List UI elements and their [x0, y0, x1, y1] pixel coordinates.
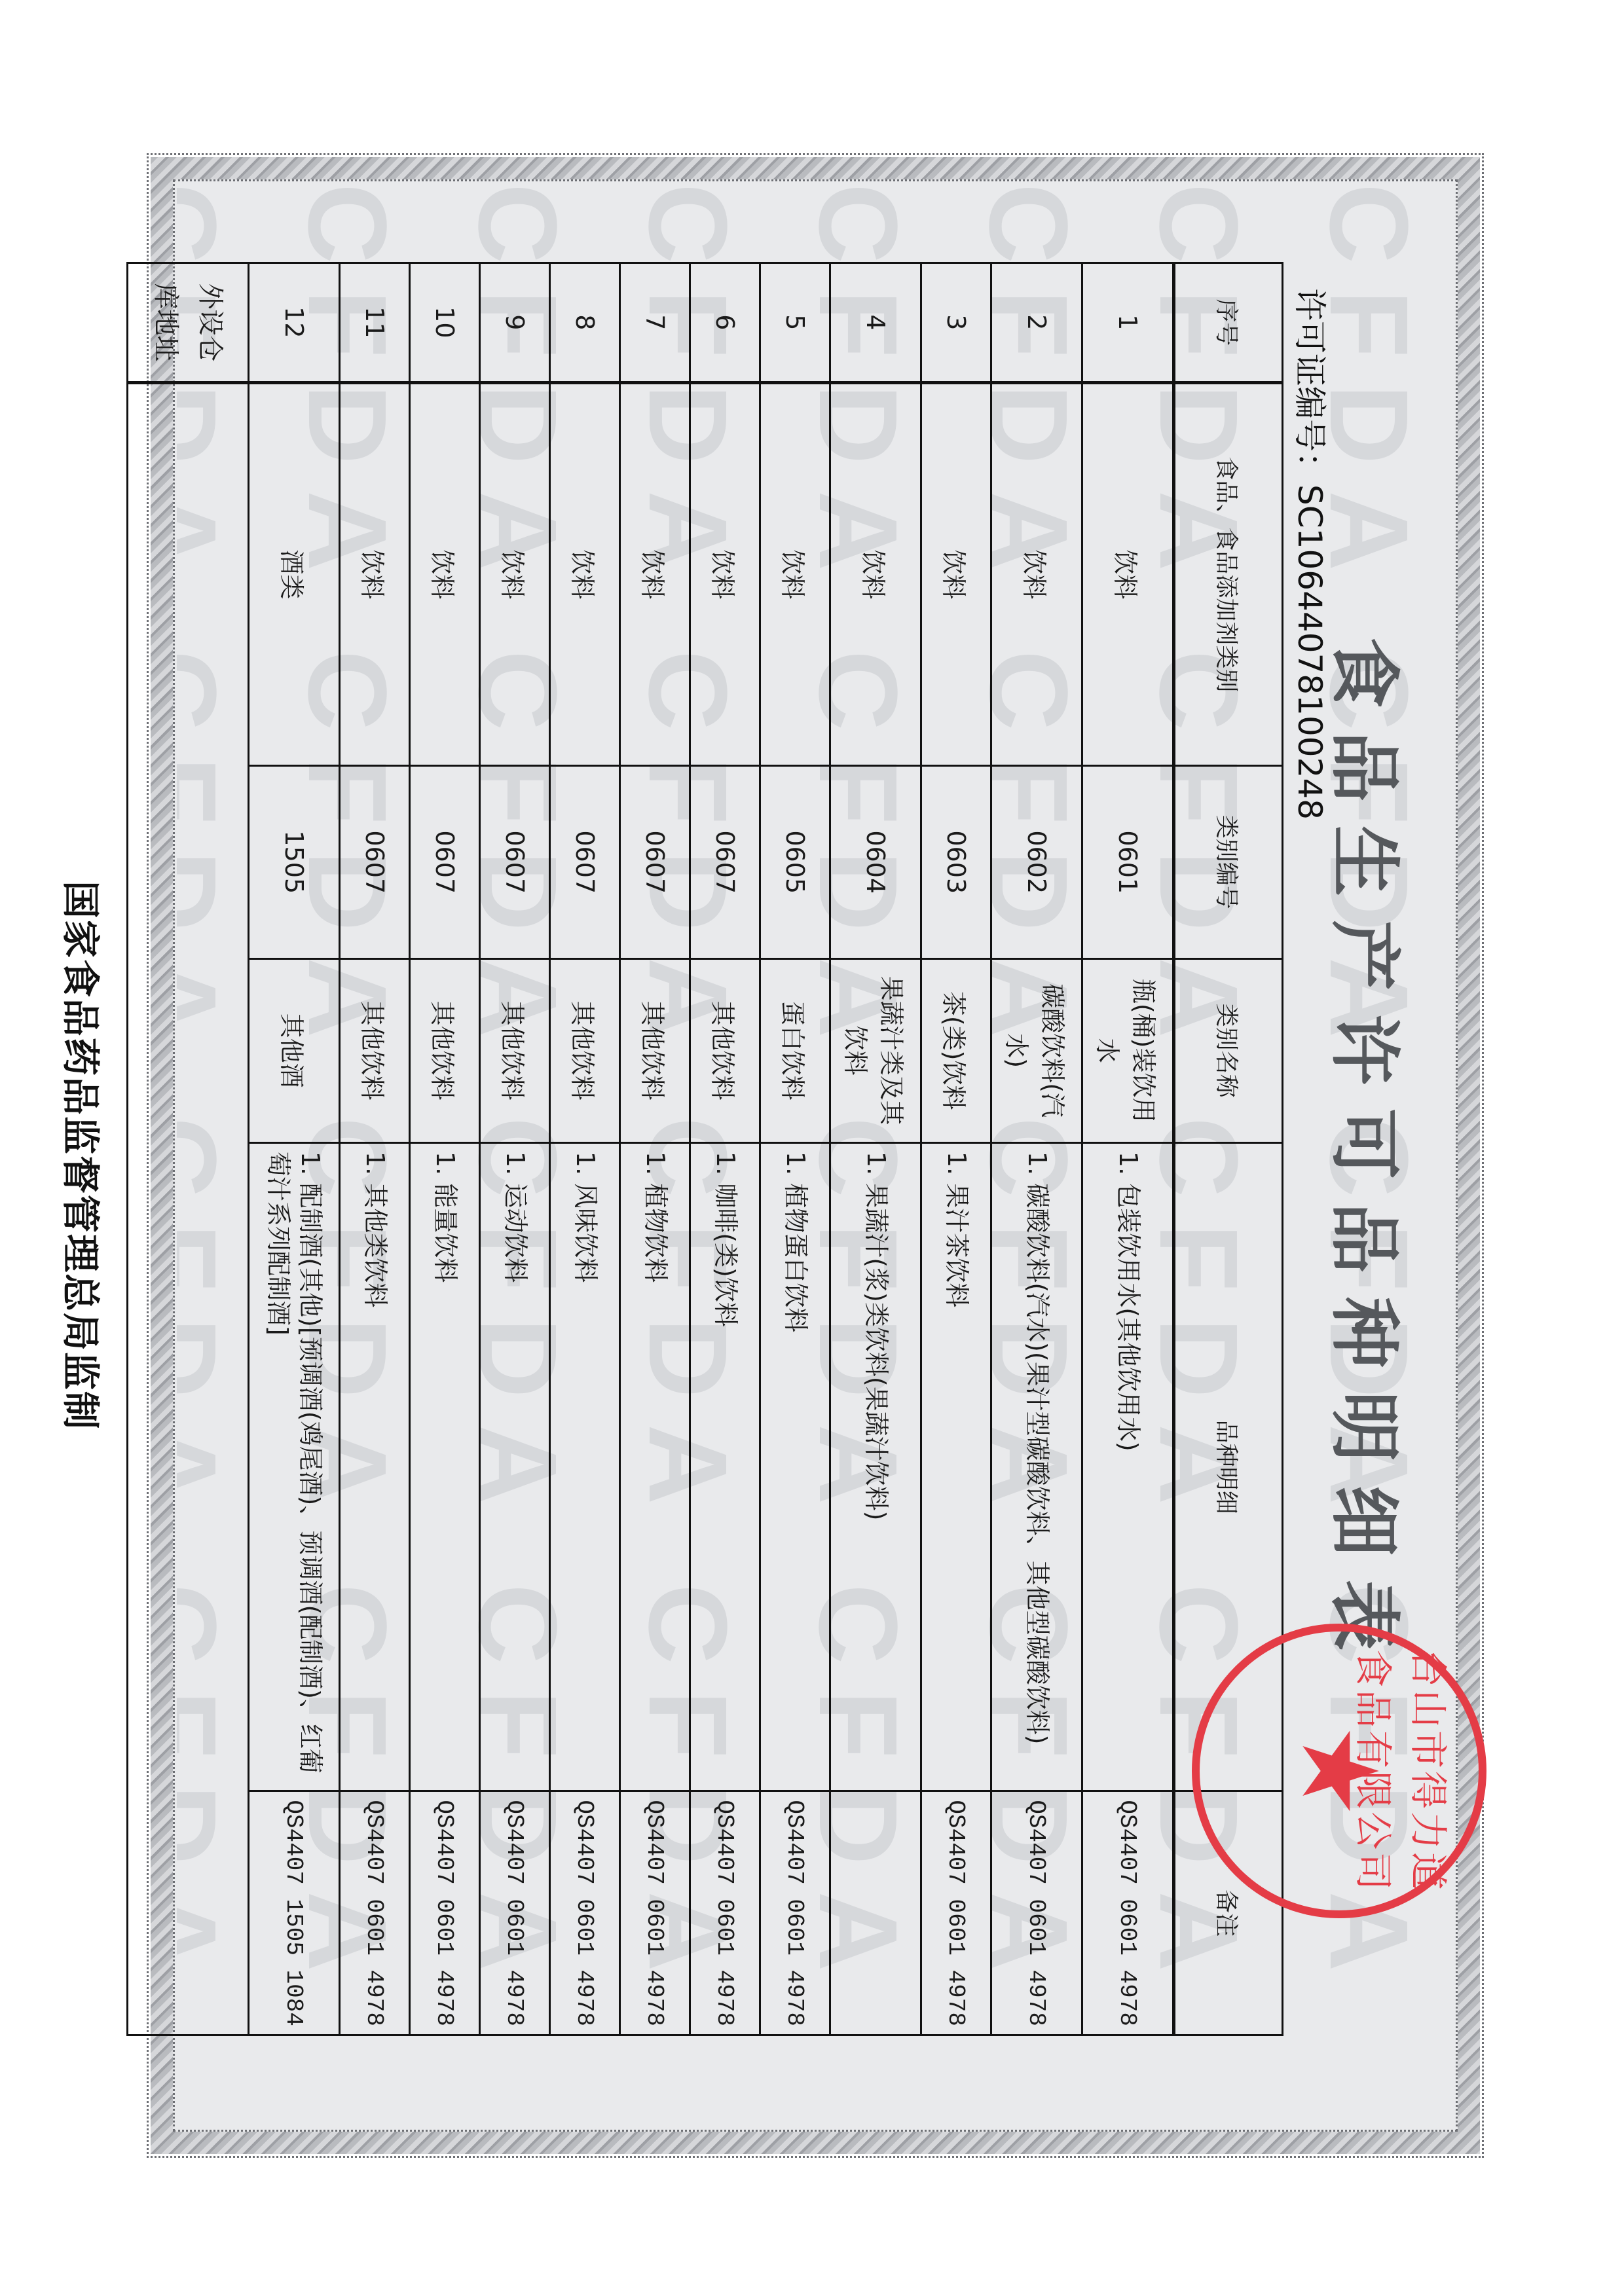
- row-name: 其他饮料: [340, 958, 410, 1142]
- row-code: 0602: [991, 766, 1082, 958]
- license-label: 许可证编号：: [1291, 288, 1329, 484]
- row-name: 果蔬汁类及其饮料: [830, 958, 921, 1142]
- row-varieties: 1. 包装饮用水(其他饮用水): [1082, 1142, 1174, 1791]
- row-no: 9: [480, 263, 550, 383]
- row-code: 1505: [249, 766, 340, 958]
- header-no: 序号: [1174, 263, 1283, 383]
- row-name: 其他饮料: [410, 958, 480, 1142]
- row-category: 饮料: [991, 382, 1082, 765]
- row-code: 0607: [690, 766, 760, 958]
- row-category: 饮料: [550, 382, 620, 765]
- table-row: 4饮料0604果蔬汁类及其饮料1. 果蔬汁(浆)类饮料(果蔬汁饮料): [830, 263, 921, 2035]
- row-remark: QS4407 0601 4978: [991, 1791, 1082, 2035]
- row-varieties: 1. 能量饮料: [410, 1142, 480, 1791]
- row-remark: QS4407 0601 4978: [620, 1791, 690, 2035]
- row-no: 10: [410, 263, 480, 383]
- row-code: 0605: [760, 766, 830, 958]
- row-no: 4: [830, 263, 921, 383]
- issuer-footer: 国家食品药品监督管理总局监制: [56, 157, 111, 2154]
- row-varieties: 1. 咖啡(类)饮料: [690, 1142, 760, 1791]
- row-remark: QS4407 0601 4978: [550, 1791, 620, 2035]
- row-no: 6: [690, 263, 760, 383]
- warehouse-address: [128, 382, 249, 2035]
- row-varieties: 1. 风味饮料: [550, 1142, 620, 1791]
- license-sheet: CFDA CFDA CFDA CFDA CFDA CFDA CFDA CFDA …: [151, 157, 1480, 2154]
- row-category: 饮料: [690, 382, 760, 765]
- row-remark: QS4407 0601 4978: [340, 1791, 410, 2035]
- row-name: 其他饮料: [690, 958, 760, 1142]
- row-varieties: 1. 植物蛋白饮料: [760, 1142, 830, 1791]
- table-row: 8饮料0607其他饮料1. 风味饮料QS4407 0601 4978: [550, 263, 620, 2035]
- row-name: 碳酸饮料(汽水): [991, 958, 1082, 1142]
- table-row: 3饮料0603茶(类)饮料1. 果汁茶饮料QS4407 0601 4978: [921, 263, 991, 2035]
- row-category: 饮料: [1082, 382, 1174, 765]
- header-category: 食品、食品添加剂类别: [1174, 382, 1283, 765]
- row-category: 饮料: [830, 382, 921, 765]
- row-code: 0607: [410, 766, 480, 958]
- row-remark: QS4407 0601 4978: [480, 1791, 550, 2035]
- row-varieties: 1. 果蔬汁(浆)类饮料(果蔬汁饮料): [830, 1142, 921, 1791]
- table-row: 6饮料0607其他饮料1. 咖啡(类)饮料QS4407 0601 4978: [690, 263, 760, 2035]
- row-varieties: 1. 植物饮料: [620, 1142, 690, 1791]
- row-no: 2: [991, 263, 1082, 383]
- table-row: 9饮料0607其他饮料1. 运动饮料QS4407 0601 4978: [480, 263, 550, 2035]
- row-name: 瓶(桶)装饮用水: [1082, 958, 1174, 1142]
- table-row: 7饮料0607其他饮料1. 植物饮料QS4407 0601 4978: [620, 263, 690, 2035]
- header-name: 类别名称: [1174, 958, 1283, 1142]
- row-name: 茶(类)饮料: [921, 958, 991, 1142]
- row-code: 0607: [340, 766, 410, 958]
- table-row: 12酒类1505其他酒1. 配制酒(其他)[预调酒(鸡尾酒)、预调酒(配制酒)、…: [249, 263, 340, 2035]
- row-code: 0607: [480, 766, 550, 958]
- row-category: 饮料: [340, 382, 410, 765]
- row-no: 12: [249, 263, 340, 383]
- row-varieties: 1. 运动饮料: [480, 1142, 550, 1791]
- row-remark: QS4407 0601 4978: [760, 1791, 830, 2035]
- header-code: 类别编号: [1174, 766, 1283, 958]
- row-no: 1: [1082, 263, 1174, 383]
- warehouse-label: 外设仓库地址: [128, 263, 249, 383]
- row-name: 其他饮料: [620, 958, 690, 1142]
- row-name: 其他饮料: [480, 958, 550, 1142]
- row-code: 0604: [830, 766, 921, 958]
- license-number-line: 许可证编号：SC10644078100248: [1289, 288, 1336, 820]
- row-category: 饮料: [410, 382, 480, 765]
- row-remark: QS4407 0601 4978: [690, 1791, 760, 2035]
- row-varieties: 1. 碳酸饮料(汽水)(果汁型碳酸饮料、其他型碳酸饮料): [991, 1142, 1082, 1791]
- row-remark: QS4407 0601 4978: [1082, 1791, 1174, 2035]
- row-code: 0601: [1082, 766, 1174, 958]
- table-row: 2饮料0602碳酸饮料(汽水)1. 碳酸饮料(汽水)(果汁型碳酸饮料、其他型碳酸…: [991, 263, 1082, 2035]
- row-category: 饮料: [480, 382, 550, 765]
- license-number: SC10644078100248: [1291, 484, 1329, 820]
- row-category: 饮料: [620, 382, 690, 765]
- table-row: 5饮料0605蛋白饮料1. 植物蛋白饮料QS4407 0601 4978: [760, 263, 830, 2035]
- row-remark: QS4407 0601 4978: [921, 1791, 991, 2035]
- row-name: 蛋白饮料: [760, 958, 830, 1142]
- row-code: 0603: [921, 766, 991, 958]
- row-remark: QS4407 1505 1084: [249, 1791, 340, 2035]
- row-no: 8: [550, 263, 620, 383]
- row-category: 饮料: [760, 382, 830, 765]
- row-no: 5: [760, 263, 830, 383]
- row-code: 0607: [620, 766, 690, 958]
- row-varieties: 1. 果汁茶饮料: [921, 1142, 991, 1791]
- table-row: 11饮料0607其他饮料1. 其他类饮料QS4407 0601 4978: [340, 263, 410, 2035]
- warehouse-row: 外设仓库地址: [128, 263, 249, 2035]
- company-seal: 台山市得力道食品有限公司 ★: [1192, 1624, 1486, 1918]
- row-no: 11: [340, 263, 410, 383]
- table-row: 10饮料0607其他饮料1. 能量饮料QS4407 0601 4978: [410, 263, 480, 2035]
- row-no: 7: [620, 263, 690, 383]
- row-remark: [830, 1791, 921, 2035]
- table-row: 1饮料0601瓶(桶)装饮用水1. 包装饮用水(其他饮用水)QS4407 060…: [1082, 263, 1174, 2035]
- row-no: 3: [921, 263, 991, 383]
- row-name: 其他酒: [249, 958, 340, 1142]
- row-name: 其他饮料: [550, 958, 620, 1142]
- star-icon: ★: [1287, 1724, 1392, 1817]
- row-category: 饮料: [921, 382, 991, 765]
- row-varieties: 1. 其他类饮料: [340, 1142, 410, 1791]
- row-varieties: 1. 配制酒(其他)[预调酒(鸡尾酒)、预调酒(配制酒)、红葡萄汁系列配制酒]: [249, 1142, 340, 1791]
- row-remark: QS4407 0601 4978: [410, 1791, 480, 2035]
- row-category: 酒类: [249, 382, 340, 765]
- varieties-table: 序号 食品、食品添加剂类别 类别编号 类别名称 品种明细 备注 1饮料0601瓶…: [126, 262, 1283, 2036]
- row-code: 0607: [550, 766, 620, 958]
